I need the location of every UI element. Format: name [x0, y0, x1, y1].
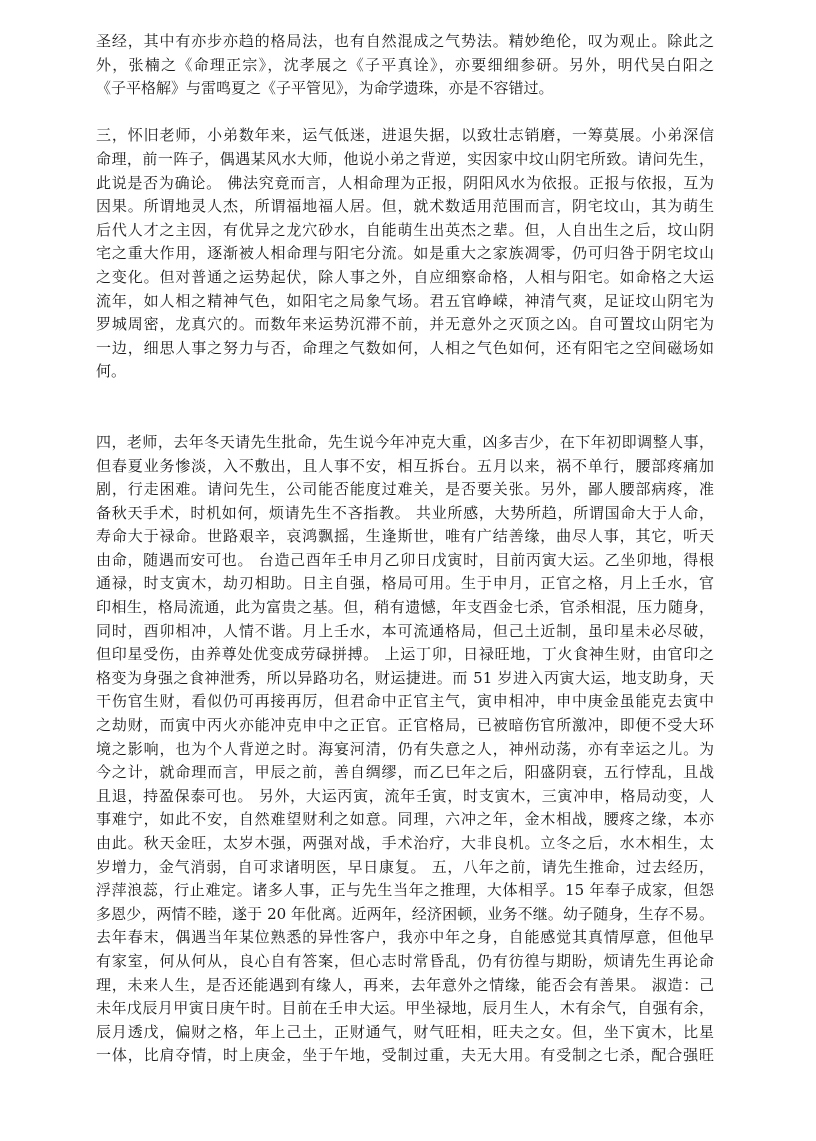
text-line: 一边，细思人事之努力与否，命理之气数如何，人相之气色如何，还有阳宅之空间磁场如 — [96, 337, 714, 361]
text-line: 命理，前一阵子，偶遇某风水大师，他说小弟之背逆，实因家中坟山阴宅所致。请问先生， — [96, 148, 714, 172]
text-line: 但春夏业务惨淡，入不敷出，且人事不安，相互拆台。五月以来，祸不单行，腰部疼痛加 — [96, 455, 714, 479]
paragraph-spacer — [96, 101, 714, 125]
text-line: 格变为身强之食神泄秀，所以异路功名，财运捷进。而 51 岁进入丙寅大运，地支助身… — [96, 667, 714, 691]
text-line: 外，张楠之《命理正宗》，沈孝展之《子平真诠》，亦要细细参研。另外，明代吴白阳之 — [96, 54, 714, 78]
text-line: 印相生，格局流通，此为富贵之基。但，稍有遗憾，年支酉金七杀，官杀相混，压力随身， — [96, 596, 714, 620]
text-line: 剧，行走困难。请问先生，公司能否能度过难关，是否要关张。另外，鄙人腰部病疼，准 — [96, 478, 714, 502]
text-line: 多恩少，两情不睦，遂于 20 年仳离。近两年，经济困顿，业务不继。幼子随身，生存… — [96, 903, 714, 927]
text-line: 且退，持盈保泰可也。 另外，大运丙寅，流年壬寅，时支寅木，三寅冲申，格局动变，人 — [96, 785, 714, 809]
paragraph-spacer — [96, 384, 714, 431]
text-line: 干伤官生财，看似仍可再接再厉，但君命中正官主气，寅申相冲，申中庚金虽能克去寅中 — [96, 690, 714, 714]
text-line: 今之计，就命理而言，甲辰之前，善自绸缪，而乙巳年之后，阳盛阴衰，五行悖乱，且战 — [96, 761, 714, 785]
text-line: 理，未来人生，是否还能遇到有缘人，再来，去年意外之情缘，能否会有善果。 淑造：己 — [96, 974, 714, 998]
text-line: 四，老师，去年冬天请先生批命，先生说今年冲克大重，凶多吉少，在下年初即调整人事， — [96, 431, 714, 455]
paragraph-question-three: 三，怀旧老师，小弟数年来，运气低迷，进退失据，以致壮志销磨，一筹莫展。小弟深信 … — [96, 124, 714, 384]
text-line: 圣经，其中有亦步亦趋的格局法，也有自然混成之气势法。精妙绝伦，叹为观止。除此之 — [96, 30, 714, 54]
text-line: 寿命大于禄命。世路艰辛，哀鸿飘摇，生逢斯世，唯有广结善缘，曲尽人事，其它，听天 — [96, 525, 714, 549]
text-line: 辰月透戊，偏财之格，年上己土，正财通气，财气旺相，旺夫之女。但，坐下寅木，比星 — [96, 1021, 714, 1045]
text-line: 由命，随遇而安可也。 台造己酉年壬申月乙卯日戊寅时，目前丙寅大运。乙坐卯地，得根 — [96, 549, 714, 573]
text-line: 此说是否为确论。 佛法究竟而言，人相命理为正报，阴阳风水为依报。正报与依报，互为 — [96, 172, 714, 196]
text-line: 之变化。但对普通之运势起伏，除人事之外，自应细察命格，人相与阳宅。如命格之大运 — [96, 266, 714, 290]
text-line: 通禄，时支寅木，劫刃相助。日主自强，格局可用。生于申月，正官之格，月上壬水，官 — [96, 572, 714, 596]
text-line: 一体，比肩夺情，时上庚金，坐于午地，受制过重，夫无大用。有受制之七杀，配合强旺 — [96, 1044, 714, 1068]
document-page: 圣经，其中有亦步亦趋的格局法，也有自然混成之气势法。精妙绝伦，叹为观止。除此之 … — [96, 30, 714, 1068]
paragraph-question-four-five: 四，老师，去年冬天请先生批命，先生说今年冲克大重，凶多吉少，在下年初即调整人事，… — [96, 431, 714, 1068]
text-line: 去年春末，偶遇当年某位熟悉的异性客户，我亦中年之身，自能感觉其真情厚意，但他早 — [96, 926, 714, 950]
text-line: 《子平格解》与雷鸣夏之《子平管见》，为命学遗珠，亦是不容错过。 — [96, 77, 714, 101]
text-line: 岁增力，金气消弱，自可求诸明医，早日康复。 五，八年之前，请先生推命，过去经历， — [96, 856, 714, 880]
text-line: 后代人才之主因，有优异之龙穴砂水，自能萌生出英杰之辈。但，人自出生之后，坟山阴 — [96, 219, 714, 243]
text-line: 境之影响，也为个人背逆之时。海宴河清，仍有失意之人，神州动荡，亦有幸运之儿。为 — [96, 738, 714, 762]
text-line: 流年，如人相之精神气色，如阳宅之局象气场。君五官峥嵘，神清气爽，足证坟山阴宅为 — [96, 290, 714, 314]
text-line: 罗城周密，龙真穴的。而数年来运势沉滞不前，并无意外之灭顶之凶。自可置坟山阴宅为 — [96, 313, 714, 337]
text-line: 未年戊辰月甲寅日庚午时。目前在壬申大运。甲坐禄地，辰月生人，木有余气，自强有余， — [96, 997, 714, 1021]
text-line: 宅之重大作用，逐渐被人相命理与阳宅分流。如是重大之家族凋零，仍可归咎于阴宅坟山 — [96, 242, 714, 266]
text-line: 由此。秋天金旺，太岁木强，两强对战，手术治疗，大非良机。立冬之后，水木相生，太 — [96, 832, 714, 856]
text-line: 有家室，何从何从，良心自有答案，但心志时常昏乱，仍有彷徨与期盼，烦请先生再论命 — [96, 950, 714, 974]
text-line: 事难宁，如此不安，自然难望财利之如意。同理，六冲之年，金木相战，腰疼之缘，本亦 — [96, 808, 714, 832]
text-line: 三，怀旧老师，小弟数年来，运气低迷，进退失据，以致壮志销磨，一筹莫展。小弟深信 — [96, 124, 714, 148]
paragraph-book-recommendations: 圣经，其中有亦步亦趋的格局法，也有自然混成之气势法。精妙绝伦，叹为观止。除此之 … — [96, 30, 714, 101]
text-line: 何。 — [96, 360, 714, 384]
text-line: 因果。所谓地灵人杰，所谓福地福人居。但，就术数适用范围而言，阴宅坟山，其为萌生 — [96, 195, 714, 219]
text-line: 之劫财，而寅中丙火亦能冲克申中之正官。正官格局，已被暗伤官所激冲，即便不受大环 — [96, 714, 714, 738]
text-line: 但印星受伤，由养尊处优变成劳碌拼搏。 上运丁卯，日禄旺地，丁火食神生财，由官印之 — [96, 643, 714, 667]
text-line: 同时，酉卯相冲，人情不谐。月上壬水，本可流通格局，但己土近制，虽印星未必尽破， — [96, 620, 714, 644]
text-line: 浮萍浪蕊，行止难定。诸多人事，正与先生当年之推理，大体相孚。15 年奉子成家，但… — [96, 879, 714, 903]
text-line: 备秋天手术，时机如何，烦请先生不吝指教。 共业所感，大势所趋，所谓国命大于人命， — [96, 502, 714, 526]
